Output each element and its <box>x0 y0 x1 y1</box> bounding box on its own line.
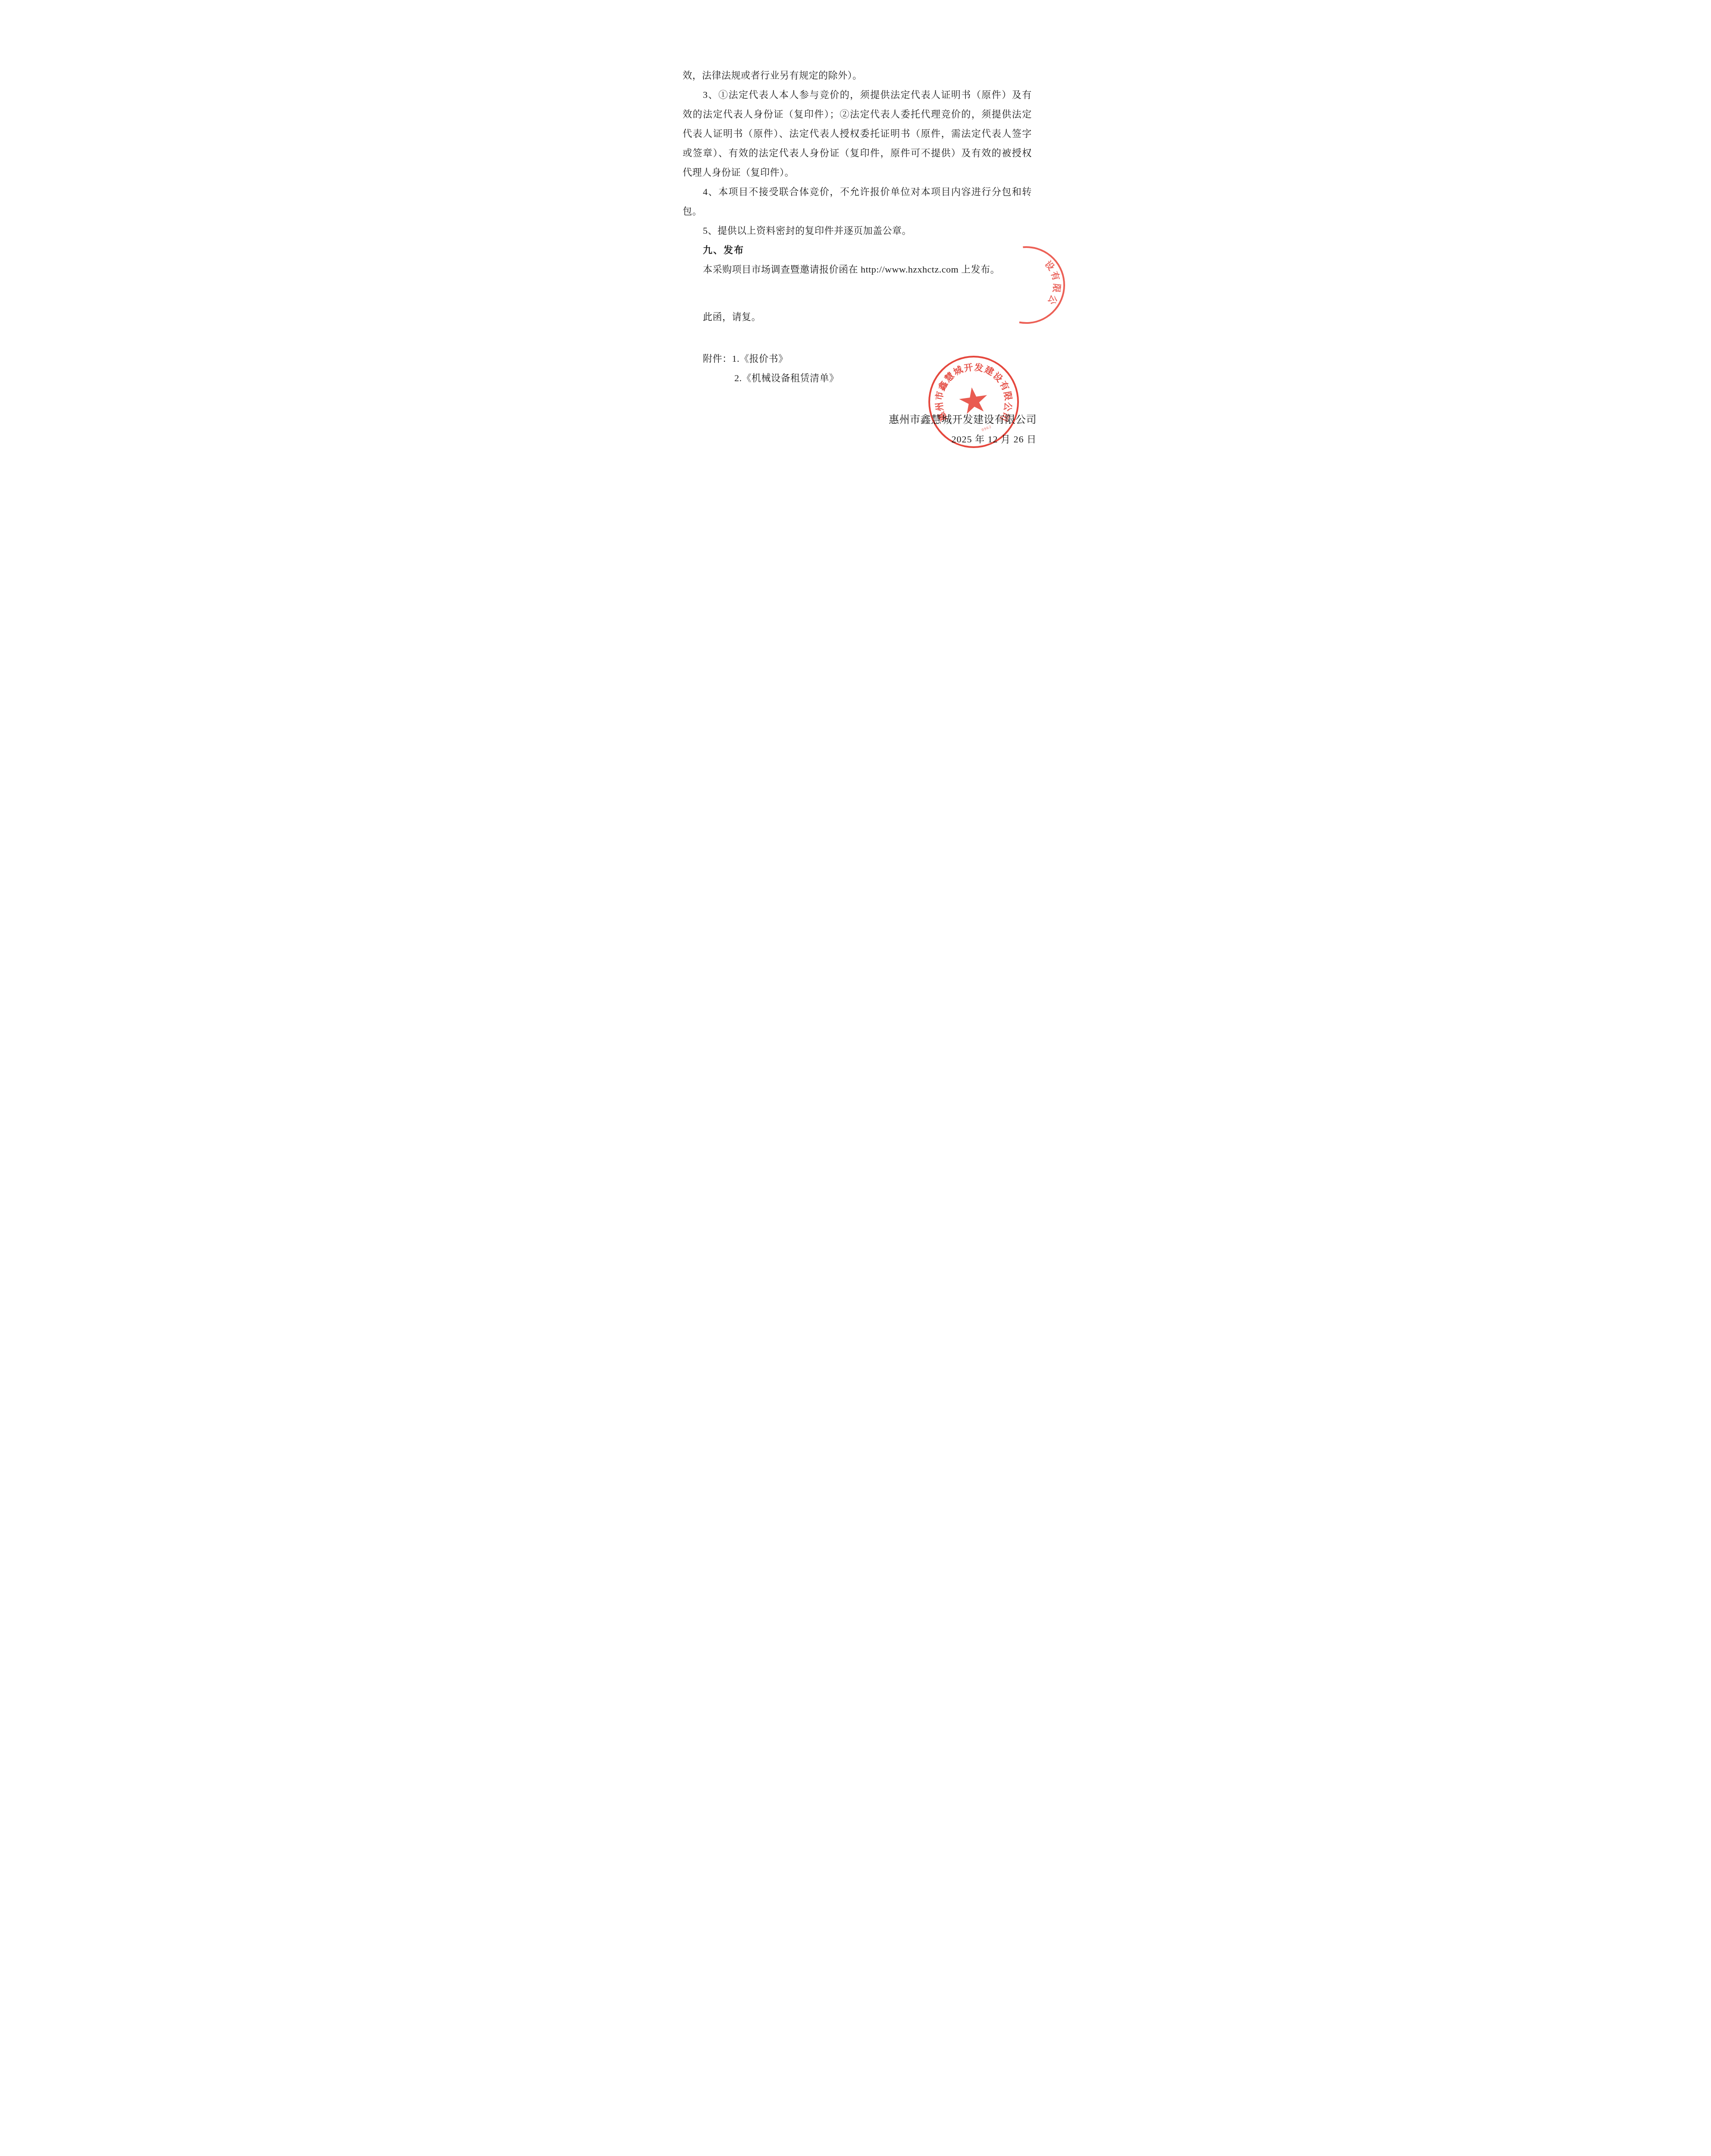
document-body: 效，法律法规或者行业另有规定的除外）。 3、①法定代表人本人参与竞价的，须提供法… <box>683 66 1032 388</box>
paragraph-line: 4、本项目不接受联合体竞价，不允许报价单位对本项目内容进行分包和转 <box>683 182 1032 201</box>
attachment-line-2: 2.《机械设备租赁清单》 <box>683 368 1032 388</box>
paragraph-line: 5、提供以上资料密封的复印件并逐页加盖公章。 <box>683 221 1032 240</box>
seal-arc-character: 市 <box>934 390 945 401</box>
seal-arc-character: 州 <box>934 401 945 412</box>
edge-seal-character: 限 <box>1051 283 1062 293</box>
company-name: 惠州市鑫慧城开发建设有限公司 <box>889 413 1037 427</box>
scanned-document-page: 效，法律法规或者行业另有规定的除外）。 3、①法定代表人本人参与竞价的，须提供法… <box>642 0 1069 605</box>
signature-date: 2025 年 12 月 26 日 <box>951 432 1037 447</box>
seal-arc-character: 限 <box>1002 390 1013 401</box>
paragraph-line: 3、①法定代表人本人参与竞价的，须提供法定代表人证明书（原件）及有 <box>683 85 1032 104</box>
section-heading: 九、发布 <box>683 240 1032 260</box>
publish-line: 本采购项目市场调查暨邀请报价函在 http://www.hzxhctz.com … <box>683 260 1032 279</box>
edge-seal-character: 公 <box>1046 293 1059 306</box>
paragraph-line: 代表人证明书（原件）、法定代表人授权委托证明书（原件，需法定代表人签字 <box>683 124 1032 143</box>
paragraph-line: 包。 <box>683 201 1032 221</box>
paragraph-line: 效，法律法规或者行业另有规定的除外）。 <box>683 66 1032 85</box>
paragraph-line: 效的法定代表人身份证（复印件）；②法定代表人委托代理竞价的，须提供法定 <box>683 104 1032 124</box>
paragraph-line: 或签章）、有效的法定代表人身份证（复印件，原件可不提供）及有效的被授权 <box>683 143 1032 163</box>
attachment-line-1: 附件：1.《报价书》 <box>683 349 1032 368</box>
paragraph-line: 代理人身份证（复印件）。 <box>683 163 1032 182</box>
seal-arc-character: 公 <box>1003 401 1013 412</box>
edge-seal-character: 设 <box>1043 259 1056 273</box>
closing-line: 此函，请复。 <box>683 307 1032 326</box>
edge-seal-character: 有 <box>1049 270 1061 282</box>
